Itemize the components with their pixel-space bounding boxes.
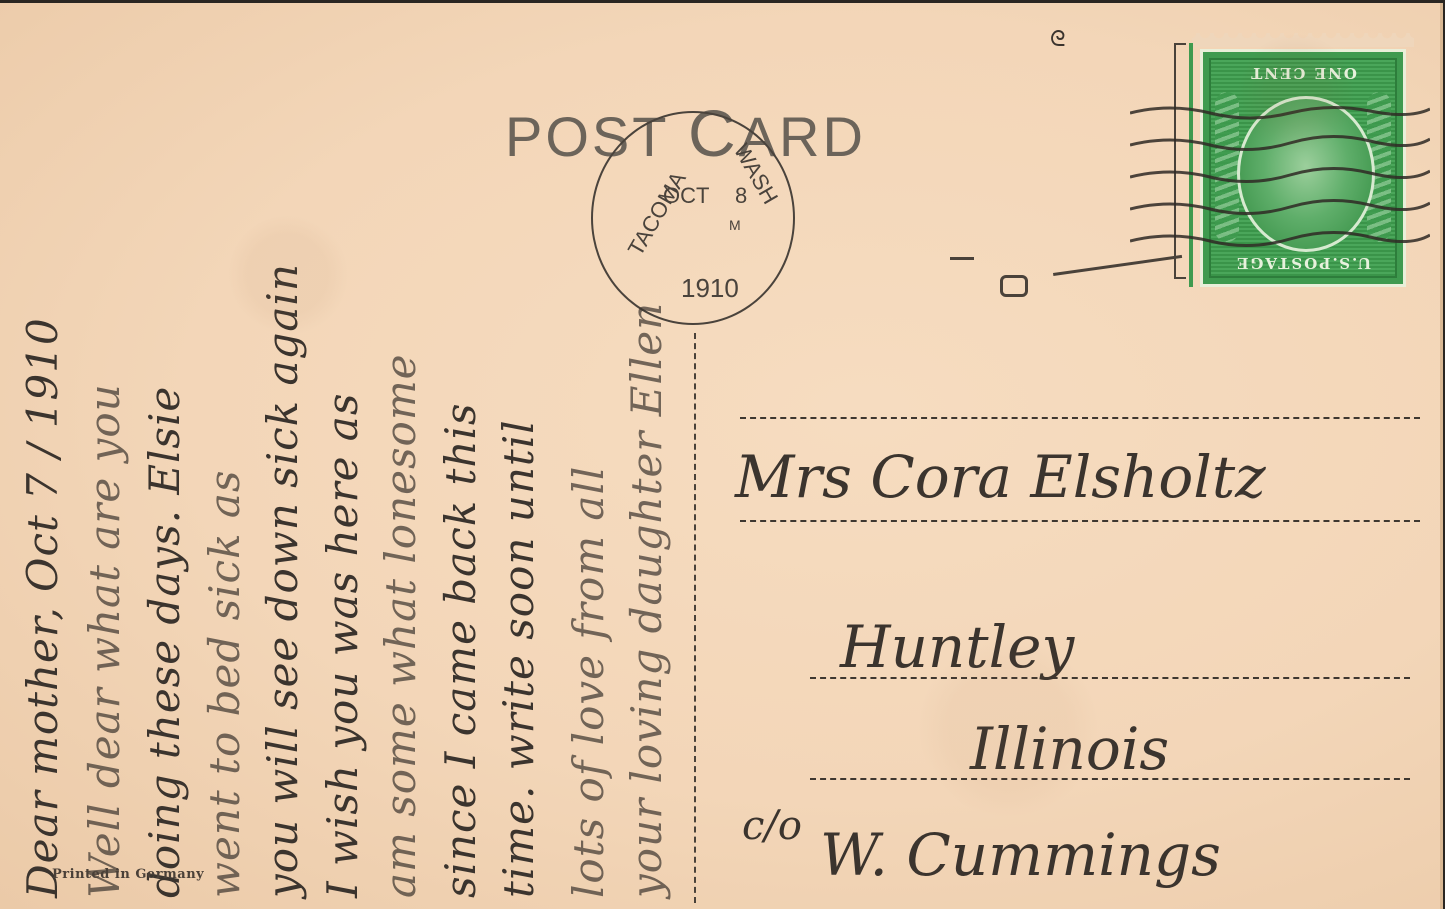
message-line: I wish you was here as xyxy=(318,393,367,898)
message-line: your loving daughter Ellen xyxy=(622,302,671,898)
stamp-bracket xyxy=(1174,43,1186,279)
printed-in-germany-label: Printed in Germany xyxy=(52,867,204,882)
cancel-mark-o xyxy=(1000,275,1028,297)
care-of-label: c/o xyxy=(742,803,802,849)
message-line: Dear mother, Oct 7 / 1910 xyxy=(18,317,67,898)
address-line-1 xyxy=(740,417,1420,419)
stamp-portrait-icon xyxy=(1237,96,1375,252)
corner-pencil-mark: ᘓ xyxy=(1050,27,1066,52)
address-line-2 xyxy=(740,520,1420,522)
message-line: time. write soon until xyxy=(494,419,543,898)
message-line: since I came back this xyxy=(436,403,485,898)
postmark-time: M xyxy=(729,217,741,233)
handwritten-message: Dear mother, Oct 7 / 1910 Well dear what… xyxy=(8,3,698,909)
message-line: am some what lonesome xyxy=(376,353,425,898)
cancel-mark-line xyxy=(1053,255,1182,276)
stamp-bottom-text: U.S.POSTAGE xyxy=(1213,252,1393,274)
recipient-name: Mrs Cora Elsholtz xyxy=(735,443,1266,511)
message-line: went to bed sick as xyxy=(200,470,249,898)
cancel-mark-dash xyxy=(950,257,974,260)
postage-stamp: ONE CENT U.S.POSTAGE xyxy=(1200,49,1406,287)
care-of-name: W. Cummings xyxy=(820,821,1221,889)
message-line: you will see down sick again xyxy=(258,263,307,898)
stamp-top-text: ONE CENT xyxy=(1213,62,1393,84)
stamp-edge-line xyxy=(1189,43,1193,287)
postmark-day: 8 xyxy=(735,183,747,209)
message-line: doing these days. Elsie xyxy=(140,386,189,898)
postcard-back: POST CARD ᘓ ONE CENT U.S.POSTAGE TACOMA … xyxy=(0,3,1443,909)
message-line: lots of love from all xyxy=(564,466,613,898)
message-line: Well dear what are you xyxy=(80,383,129,898)
stamp-laurel-left-icon xyxy=(1215,92,1239,242)
recipient-state: Illinois xyxy=(970,715,1169,783)
recipient-city: Huntley xyxy=(840,613,1074,681)
